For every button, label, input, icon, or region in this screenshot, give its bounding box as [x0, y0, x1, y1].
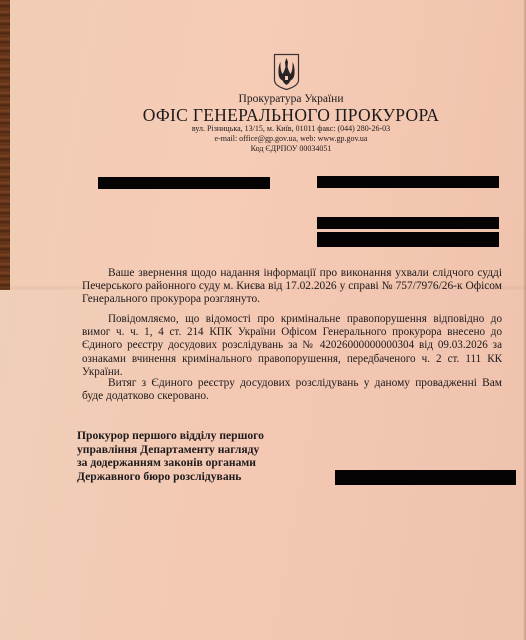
- redacted-recipient-address-line2: [317, 232, 499, 247]
- paragraph-text: Ваше звернення щодо надання інформації п…: [82, 267, 502, 307]
- redacted-signatory-name: [335, 470, 516, 485]
- trident-coat-of-arms-icon: [273, 53, 300, 91]
- paragraph-text: Повідомляємо, що відомості про криміналь…: [82, 313, 502, 379]
- organization-name: Прокуратура України: [28, 93, 526, 105]
- redacted-recipient-address-line1: [317, 217, 499, 229]
- signature-line: за додержанням законів органами: [77, 456, 287, 470]
- signature-line: управління Департаменту нагляду: [77, 443, 287, 457]
- office-address: вул. Різницька, 13/15, м. Київ, 01011 фа…: [28, 124, 526, 133]
- office-contacts: e-mail: office@gp.gov.ua, web: www.gp.go…: [28, 134, 526, 143]
- body-paragraph-2: Повідомляємо, що відомості про криміналь…: [82, 313, 502, 379]
- signature-line: Державного бюро розслідувань: [77, 470, 287, 484]
- signature-line: Прокурор першого відділу першого: [77, 429, 287, 443]
- redacted-outgoing-number: [98, 177, 270, 189]
- paragraph-text: Витяг з Єдиного реєстру досудових розслі…: [82, 377, 502, 403]
- signatory-position: Прокурор першого відділу першого управлі…: [77, 429, 287, 483]
- edrpou-code: Код ЄДРПОУ 00034051: [28, 144, 526, 153]
- office-title: ОФІС ГЕНЕРАЛЬНОГО ПРОКУРОРА: [28, 105, 526, 126]
- letter-document: Прокуратура України ОФІС ГЕНЕРАЛЬНОГО ПР…: [0, 0, 526, 640]
- body-paragraph-1: Ваше звернення щодо надання інформації п…: [82, 267, 502, 307]
- redacted-recipient-name: [317, 176, 499, 188]
- body-paragraph-3: Витяг з Єдиного реєстру досудових розслі…: [82, 377, 502, 403]
